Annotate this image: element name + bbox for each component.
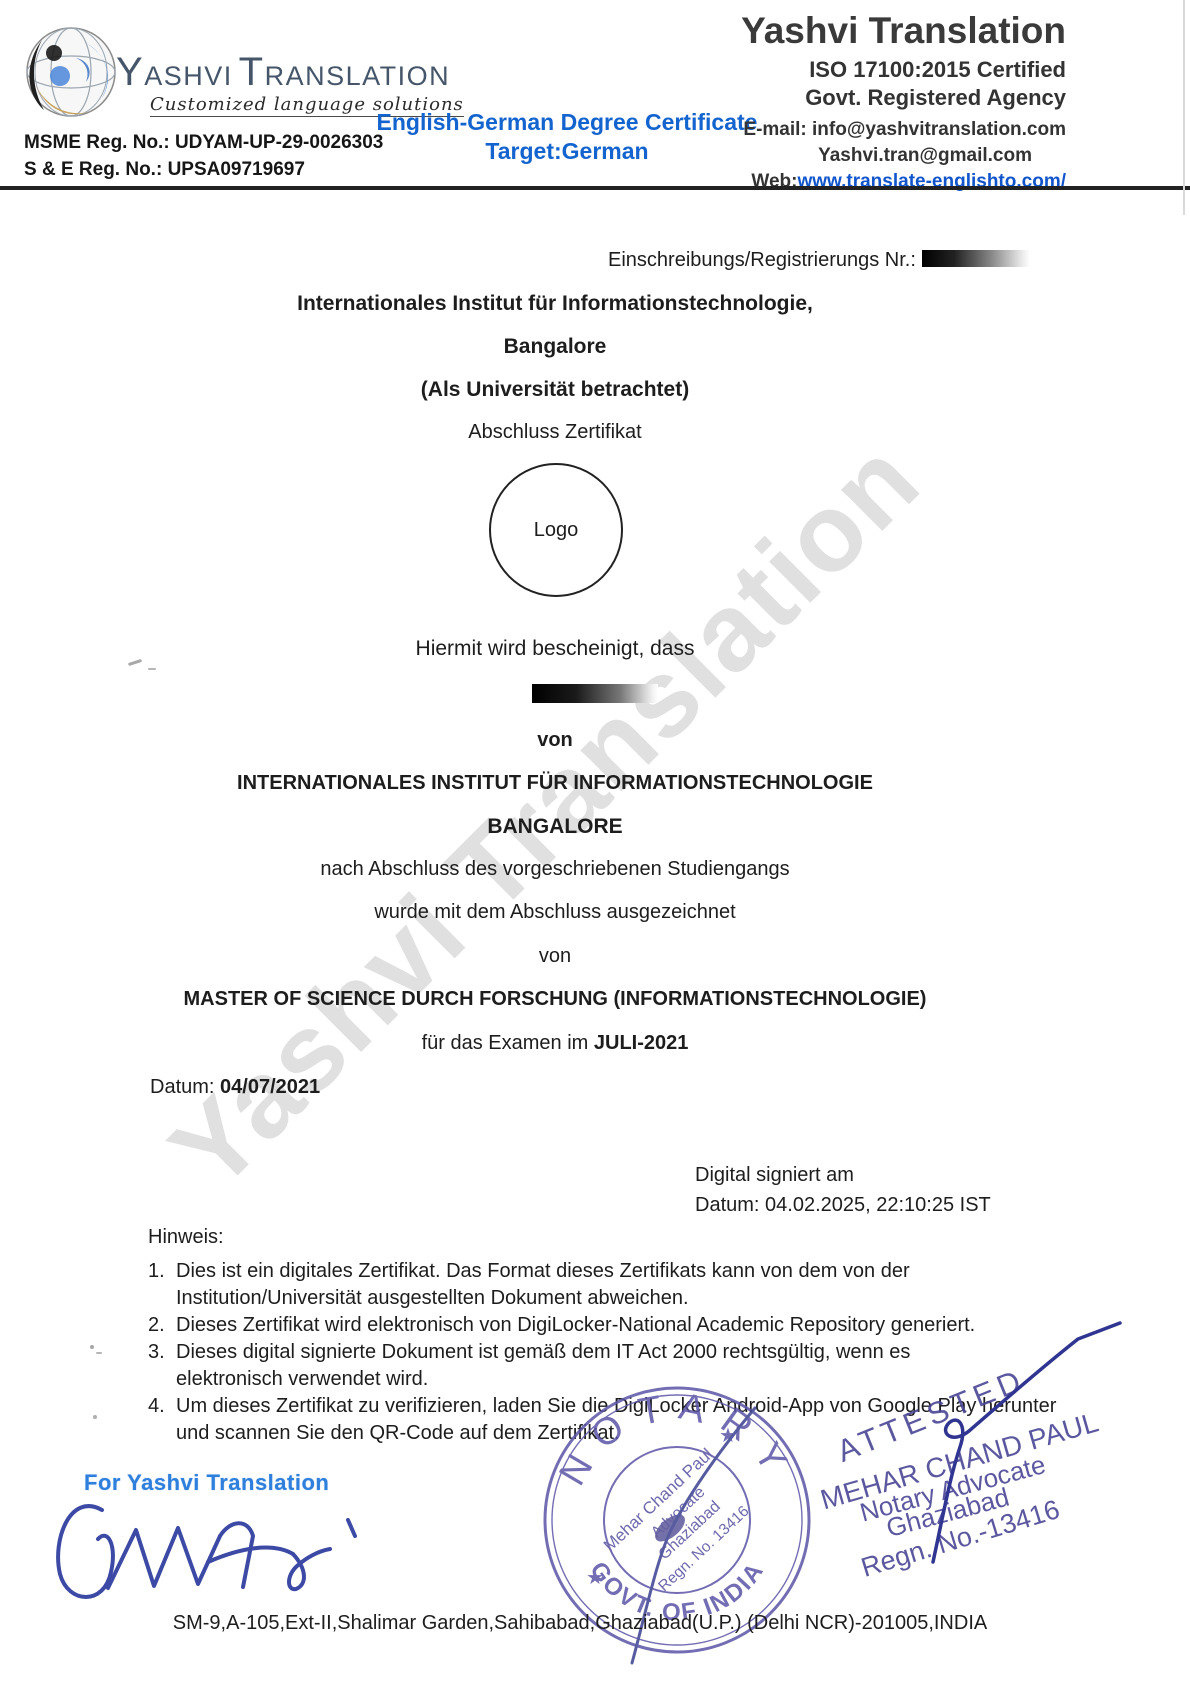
star-icon: ★: [586, 1567, 604, 1589]
institute-caps-line: INTERNATIONALES INSTITUT FÜR INFORMATION…: [0, 772, 1110, 795]
footer-address: SM-9,A-105,Ext-II,Shalimar Garden,Sahiba…: [20, 1612, 1140, 1635]
digitally-signed-date: Datum: 04.02.2025, 22:10:25 IST: [695, 1190, 991, 1220]
datum-label: Datum:: [150, 1076, 220, 1098]
note-number: 3.: [148, 1339, 165, 1366]
institute-city-line: Bangalore: [0, 335, 1110, 359]
brand-initial-t: T: [239, 50, 265, 94]
digitally-signed-line: Digital signiert am: [695, 1160, 991, 1190]
bangalore-caps-line: BANGALORE: [0, 815, 1110, 839]
note-text: Dieses digital signierte Dokument ist ge…: [176, 1341, 910, 1363]
scan-speck: [96, 1352, 102, 1354]
attested-stamp: ATTESTED MEHAR CHAND PAUL Notary Advocat…: [820, 1295, 1165, 1595]
issue-date-line: Datum: 04/07/2021: [150, 1076, 320, 1099]
redacted-student-name: [532, 684, 658, 703]
note-number: 2.: [148, 1312, 165, 1339]
digital-signature-block: Digital signiert am Datum: 04.02.2025, 2…: [695, 1160, 991, 1220]
scan-speck: [93, 1415, 97, 1419]
von-line-1: von: [0, 729, 1110, 752]
scan-artifact-line: [1183, 0, 1185, 215]
registration-number-label: Einschreibungs/Registrierungs Nr.:: [608, 249, 916, 272]
redacted-registration-number: [922, 250, 1030, 267]
govt-registered: Govt. Registered Agency: [700, 84, 1066, 112]
msme-registration-number: MSME Reg. No.: UDYAM-UP-29-0026303: [24, 132, 383, 154]
note-number: 1.: [148, 1258, 165, 1285]
degree-name: MASTER OF SCIENCE DURCH FORSCHUNG (INFOR…: [0, 988, 1110, 1011]
handwritten-signature: [50, 1492, 380, 1617]
scan-speck: [148, 668, 156, 670]
exam-line: für das Examen im JULI-2021: [0, 1032, 1110, 1055]
brand-part-ranslation: RANSLATION: [265, 61, 451, 91]
note-number: 4.: [148, 1393, 165, 1420]
brand-wordmark: YASHVI TRANSLATION: [116, 50, 450, 95]
brand-initial-y: Y: [116, 50, 144, 94]
institute-logo-placeholder: Logo: [489, 463, 623, 597]
email-primary: E-mail: info@yashvitranslation.com: [700, 117, 1066, 143]
scan-speck: [90, 1345, 94, 1349]
award-line: wurde mit dem Abschluss ausgezeichnet: [0, 901, 1110, 924]
agency-name: Yashvi Translation: [700, 10, 1066, 52]
institute-name-line: Internationales Institut für Information…: [0, 292, 1110, 316]
deemed-university-line: (Als Universität betrachtet): [0, 378, 1110, 402]
globe-logo-icon: [24, 24, 119, 119]
note-text-cont: elektronisch verwendet wird.: [176, 1368, 428, 1390]
exam-date: JULI-2021: [594, 1032, 689, 1054]
brand-part-ashvi: ASHVI: [144, 61, 233, 91]
document-page: Yashvi Translation YASHVI TRANSLATION Cu…: [0, 0, 1190, 1683]
note-text: Dies ist ein digitales Zertifikat. Das F…: [176, 1260, 910, 1282]
exam-prefix: für das Examen im: [422, 1032, 594, 1054]
certificate-title: Abschluss Zertifikat: [0, 421, 1110, 444]
header-divider: [0, 186, 1190, 190]
logo-placeholder-text: Logo: [534, 519, 579, 542]
datum-value: 04/07/2021: [220, 1076, 320, 1098]
agency-header-block: Yashvi Translation ISO 17100:2015 Certif…: [700, 10, 1066, 195]
note-text-cont: Institution/Universität ausgestellten Do…: [176, 1287, 689, 1309]
iso-certification: ISO 17100:2015 Certified: [700, 56, 1066, 84]
se-registration-number: S & E Reg. No.: UPSA09719697: [24, 159, 305, 181]
certify-statement: Hiermit wird bescheinigt, dass: [0, 637, 1110, 661]
completion-line: nach Abschluss des vorgeschriebenen Stud…: [0, 858, 1110, 881]
von-line-2: von: [0, 945, 1110, 968]
web-line: Web:www.translate-englishto.com/: [700, 169, 1066, 195]
notes-heading: Hinweis:: [148, 1226, 224, 1249]
email-secondary: Yashvi.tran@gmail.com: [700, 143, 1066, 169]
